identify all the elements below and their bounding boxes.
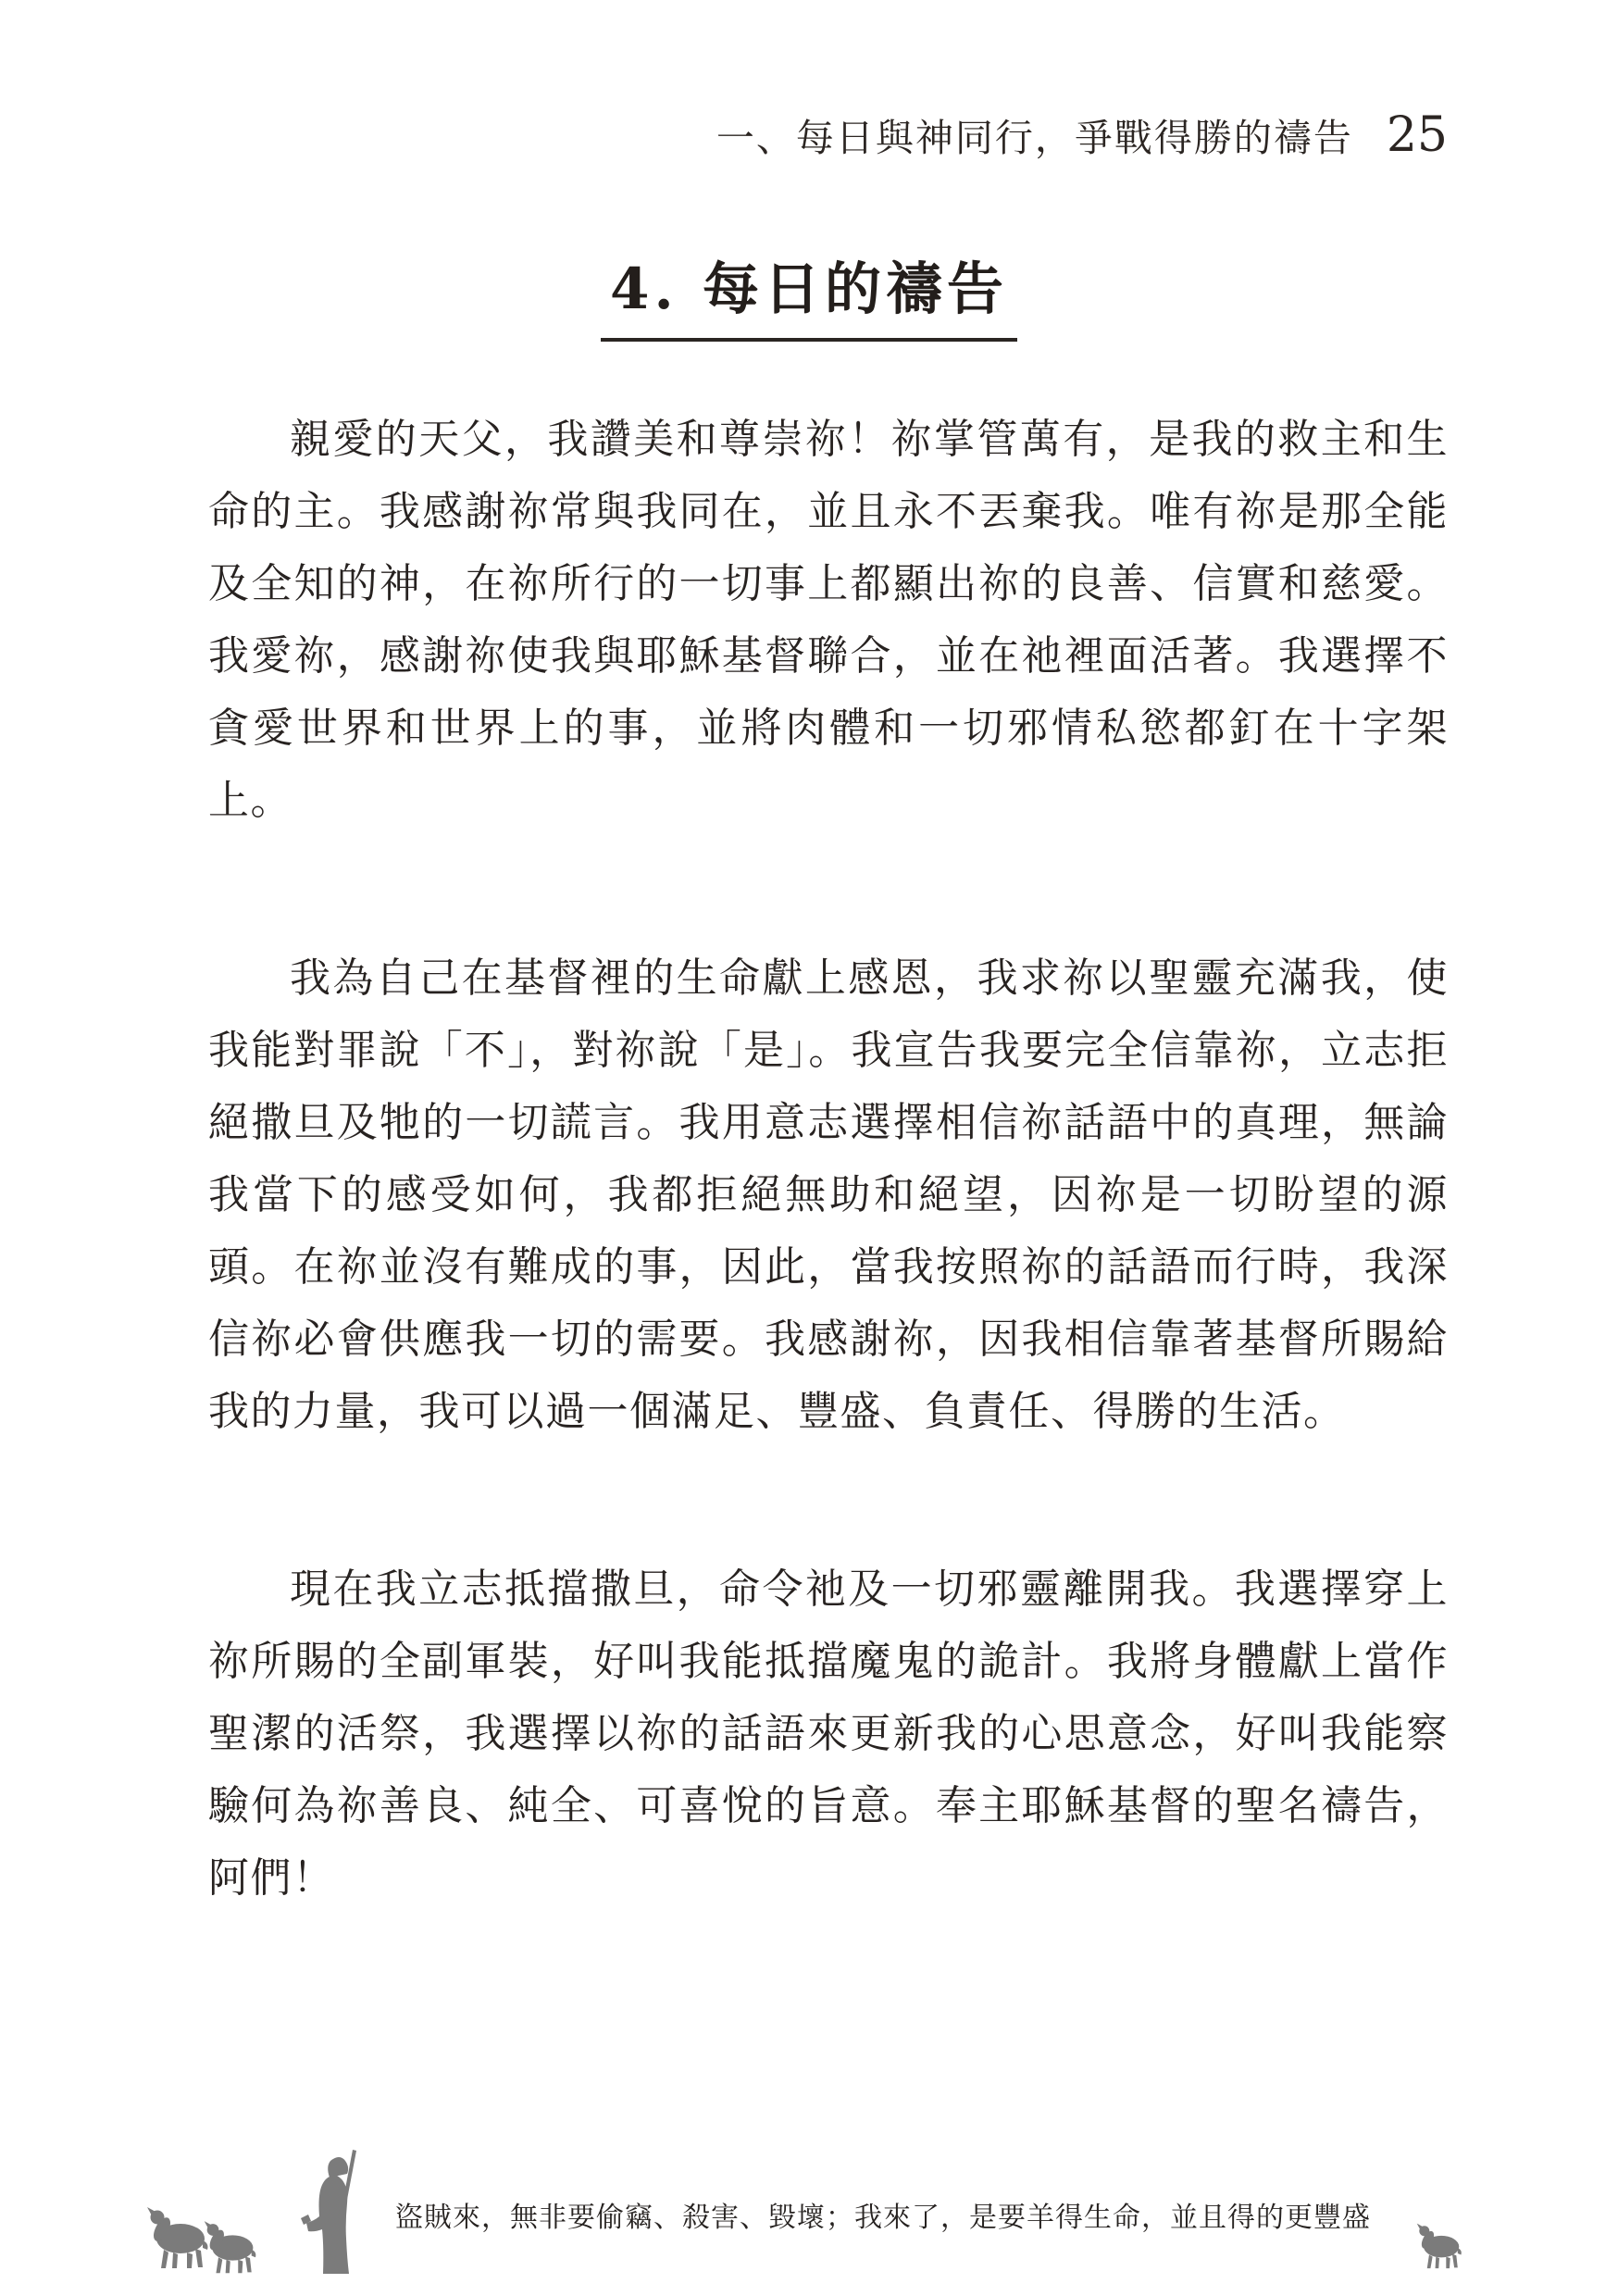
page-number: 25 [1387,107,1448,163]
sheep-icon [1410,2216,1473,2274]
sheep-pair-icon [145,2202,286,2276]
page-footer: 盜賊來，無非要偷竊、殺害、毀壞；我來了，是要羊得生命，並且得的更豐盛 [0,2150,1618,2276]
prayer-paragraph-1: 親愛的天父，我讚美和尊崇祢！祢掌管萬有，是我的救主和生命的主。我感謝祢常與我同在… [208,404,1449,837]
book-page: 一、每日與神同行，爭戰得勝的禱告 25 4. 每日的禱告 親愛的天父，我讚美和尊… [0,0,1618,2296]
prayer-paragraph-3: 現在我立志抵擋撒旦，命令祂及一切邪靈離開我。我選擇穿上祢所賜的全副軍裝，好叫我能… [208,1554,1449,1915]
footer-verse: 盜賊來，無非要偷竊、殺害、毀壞；我來了，是要羊得生命，並且得的更豐盛 [395,2194,1371,2235]
prayer-paragraph-2: 我為自己在基督裡的生命獻上感恩，我求祢以聖靈充滿我，使我能對罪說「不」，對祢說「… [208,942,1449,1448]
section-title: 4. 每日的禱告 [601,244,1017,342]
running-header-title: 一、每日與神同行，爭戰得勝的禱告 [716,107,1353,162]
shepherd-icon [299,2150,373,2277]
section-title-wrap: 4. 每日的禱告 [0,244,1618,342]
running-header: 一、每日與神同行，爭戰得勝的禱告 25 [716,107,1448,163]
prayer-body: 親愛的天父，我讚美和尊崇祢！祢掌管萬有，是我的救主和生命的主。我感謝祢常與我同在… [208,404,1449,1915]
